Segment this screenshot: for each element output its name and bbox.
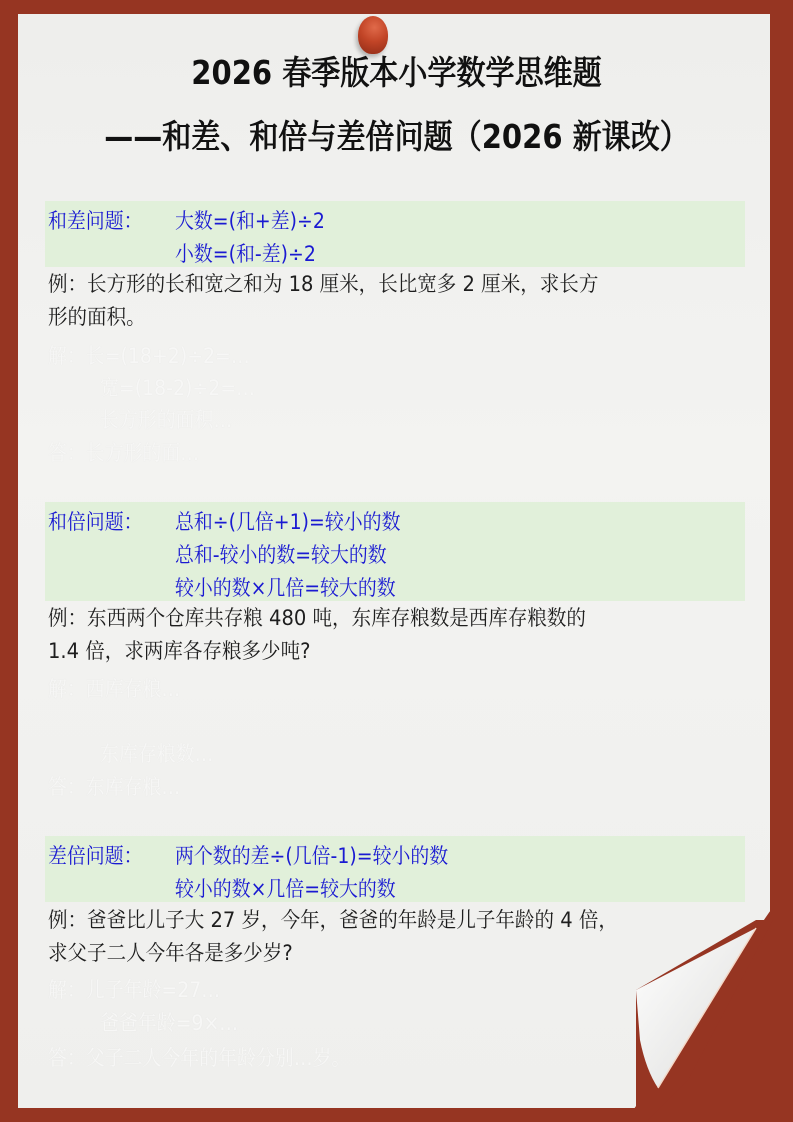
faded-solution-line: 解：长=(18+2)÷2=… bbox=[48, 340, 250, 370]
section-label-difference-multiple: 差倍问题： bbox=[48, 840, 143, 870]
example-line: 1.4 倍，求两库各存粮多少吨? bbox=[48, 635, 699, 668]
faded-solution-line: 爸爸年龄=9×… bbox=[100, 1007, 238, 1037]
faded-answer-line: 答：长方形的面… bbox=[48, 437, 199, 467]
example-line: 例：东西两个仓库共存粮 480 吨，东库存粮数是西库存粮数的 bbox=[48, 602, 699, 635]
formula-line: 较小的数×几倍=较大的数 bbox=[175, 572, 396, 602]
example-problem-3: 例：爸爸比儿子大 27 岁，今年，爸爸的年龄是儿子年龄的 4 倍， 求父子二人今… bbox=[48, 904, 699, 970]
formula-line: 总和-较小的数=较大的数 bbox=[175, 539, 387, 569]
formula-line: 大数=(和+差)÷2 bbox=[175, 205, 325, 235]
page-subtitle: ——和差、和倍与差倍问题（2026 新课改） bbox=[48, 111, 746, 158]
faded-solution-line: 东库存粮数… bbox=[100, 738, 213, 768]
faded-answer-line: 答：父子二人今年的年龄分别…岁。 bbox=[48, 1042, 350, 1072]
example-problem-2: 例：东西两个仓库共存粮 480 吨，东库存粮数是西库存粮数的 1.4 倍，求两库… bbox=[48, 602, 699, 668]
faded-solution-line: 解：西库存粮… bbox=[48, 673, 180, 703]
faded-answer-line: 答：东库存粮… bbox=[48, 771, 180, 801]
page-title: 2026 春季版本小学数学思维题 bbox=[48, 47, 746, 94]
example-line: 求父子二人今年各是多少岁? bbox=[48, 937, 699, 970]
example-line: 形的面积。 bbox=[48, 301, 699, 334]
formula-line: 较小的数×几倍=较大的数 bbox=[175, 873, 396, 903]
example-line: 例：爸爸比儿子大 27 岁，今年，爸爸的年龄是儿子年龄的 4 倍， bbox=[48, 904, 699, 937]
formula-highlight-sum-difference bbox=[45, 201, 745, 267]
example-line: 例：长方形的长和宽之和为 18 厘米，长比宽多 2 厘米，求长方 bbox=[48, 268, 699, 301]
formula-line: 总和÷(几倍+1)=较小的数 bbox=[175, 506, 400, 536]
faded-solution-line: 长方形的面积… bbox=[100, 404, 232, 434]
formula-line: 两个数的差÷(几倍-1)=较小的数 bbox=[175, 840, 448, 870]
formula-line: 小数=(和-差)÷2 bbox=[175, 238, 316, 268]
faded-solution-line: 宽=(18-2)÷2=… bbox=[100, 372, 255, 402]
section-label-sum-multiple: 和倍问题： bbox=[48, 506, 143, 536]
example-problem-1: 例：长方形的长和宽之和为 18 厘米，长比宽多 2 厘米，求长方 形的面积。 bbox=[48, 268, 699, 334]
section-label-sum-difference: 和差问题： bbox=[48, 205, 143, 235]
faded-solution-line: 解：儿子年龄=27… bbox=[48, 974, 220, 1004]
